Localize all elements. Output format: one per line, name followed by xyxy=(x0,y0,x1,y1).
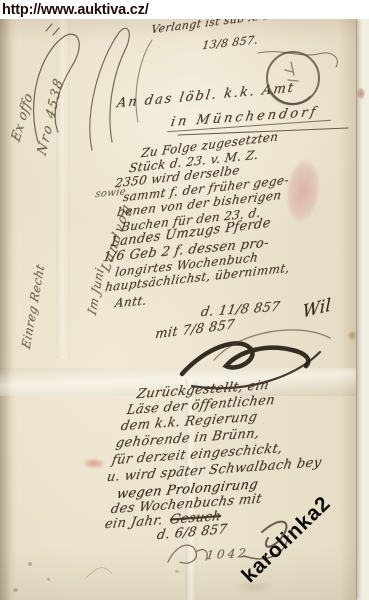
stain xyxy=(357,88,365,99)
scanned-letter-page: Verlangt ist sub № 92/43 13/8 857. Ex of… xyxy=(0,0,369,600)
url-bar: http://www.auktiva.cz/ xyxy=(0,0,369,19)
url-text: http://www.auktiva.cz/ xyxy=(0,2,149,18)
register-number: 1042 xyxy=(206,547,250,561)
handwriting-line: Antt. xyxy=(114,294,148,309)
